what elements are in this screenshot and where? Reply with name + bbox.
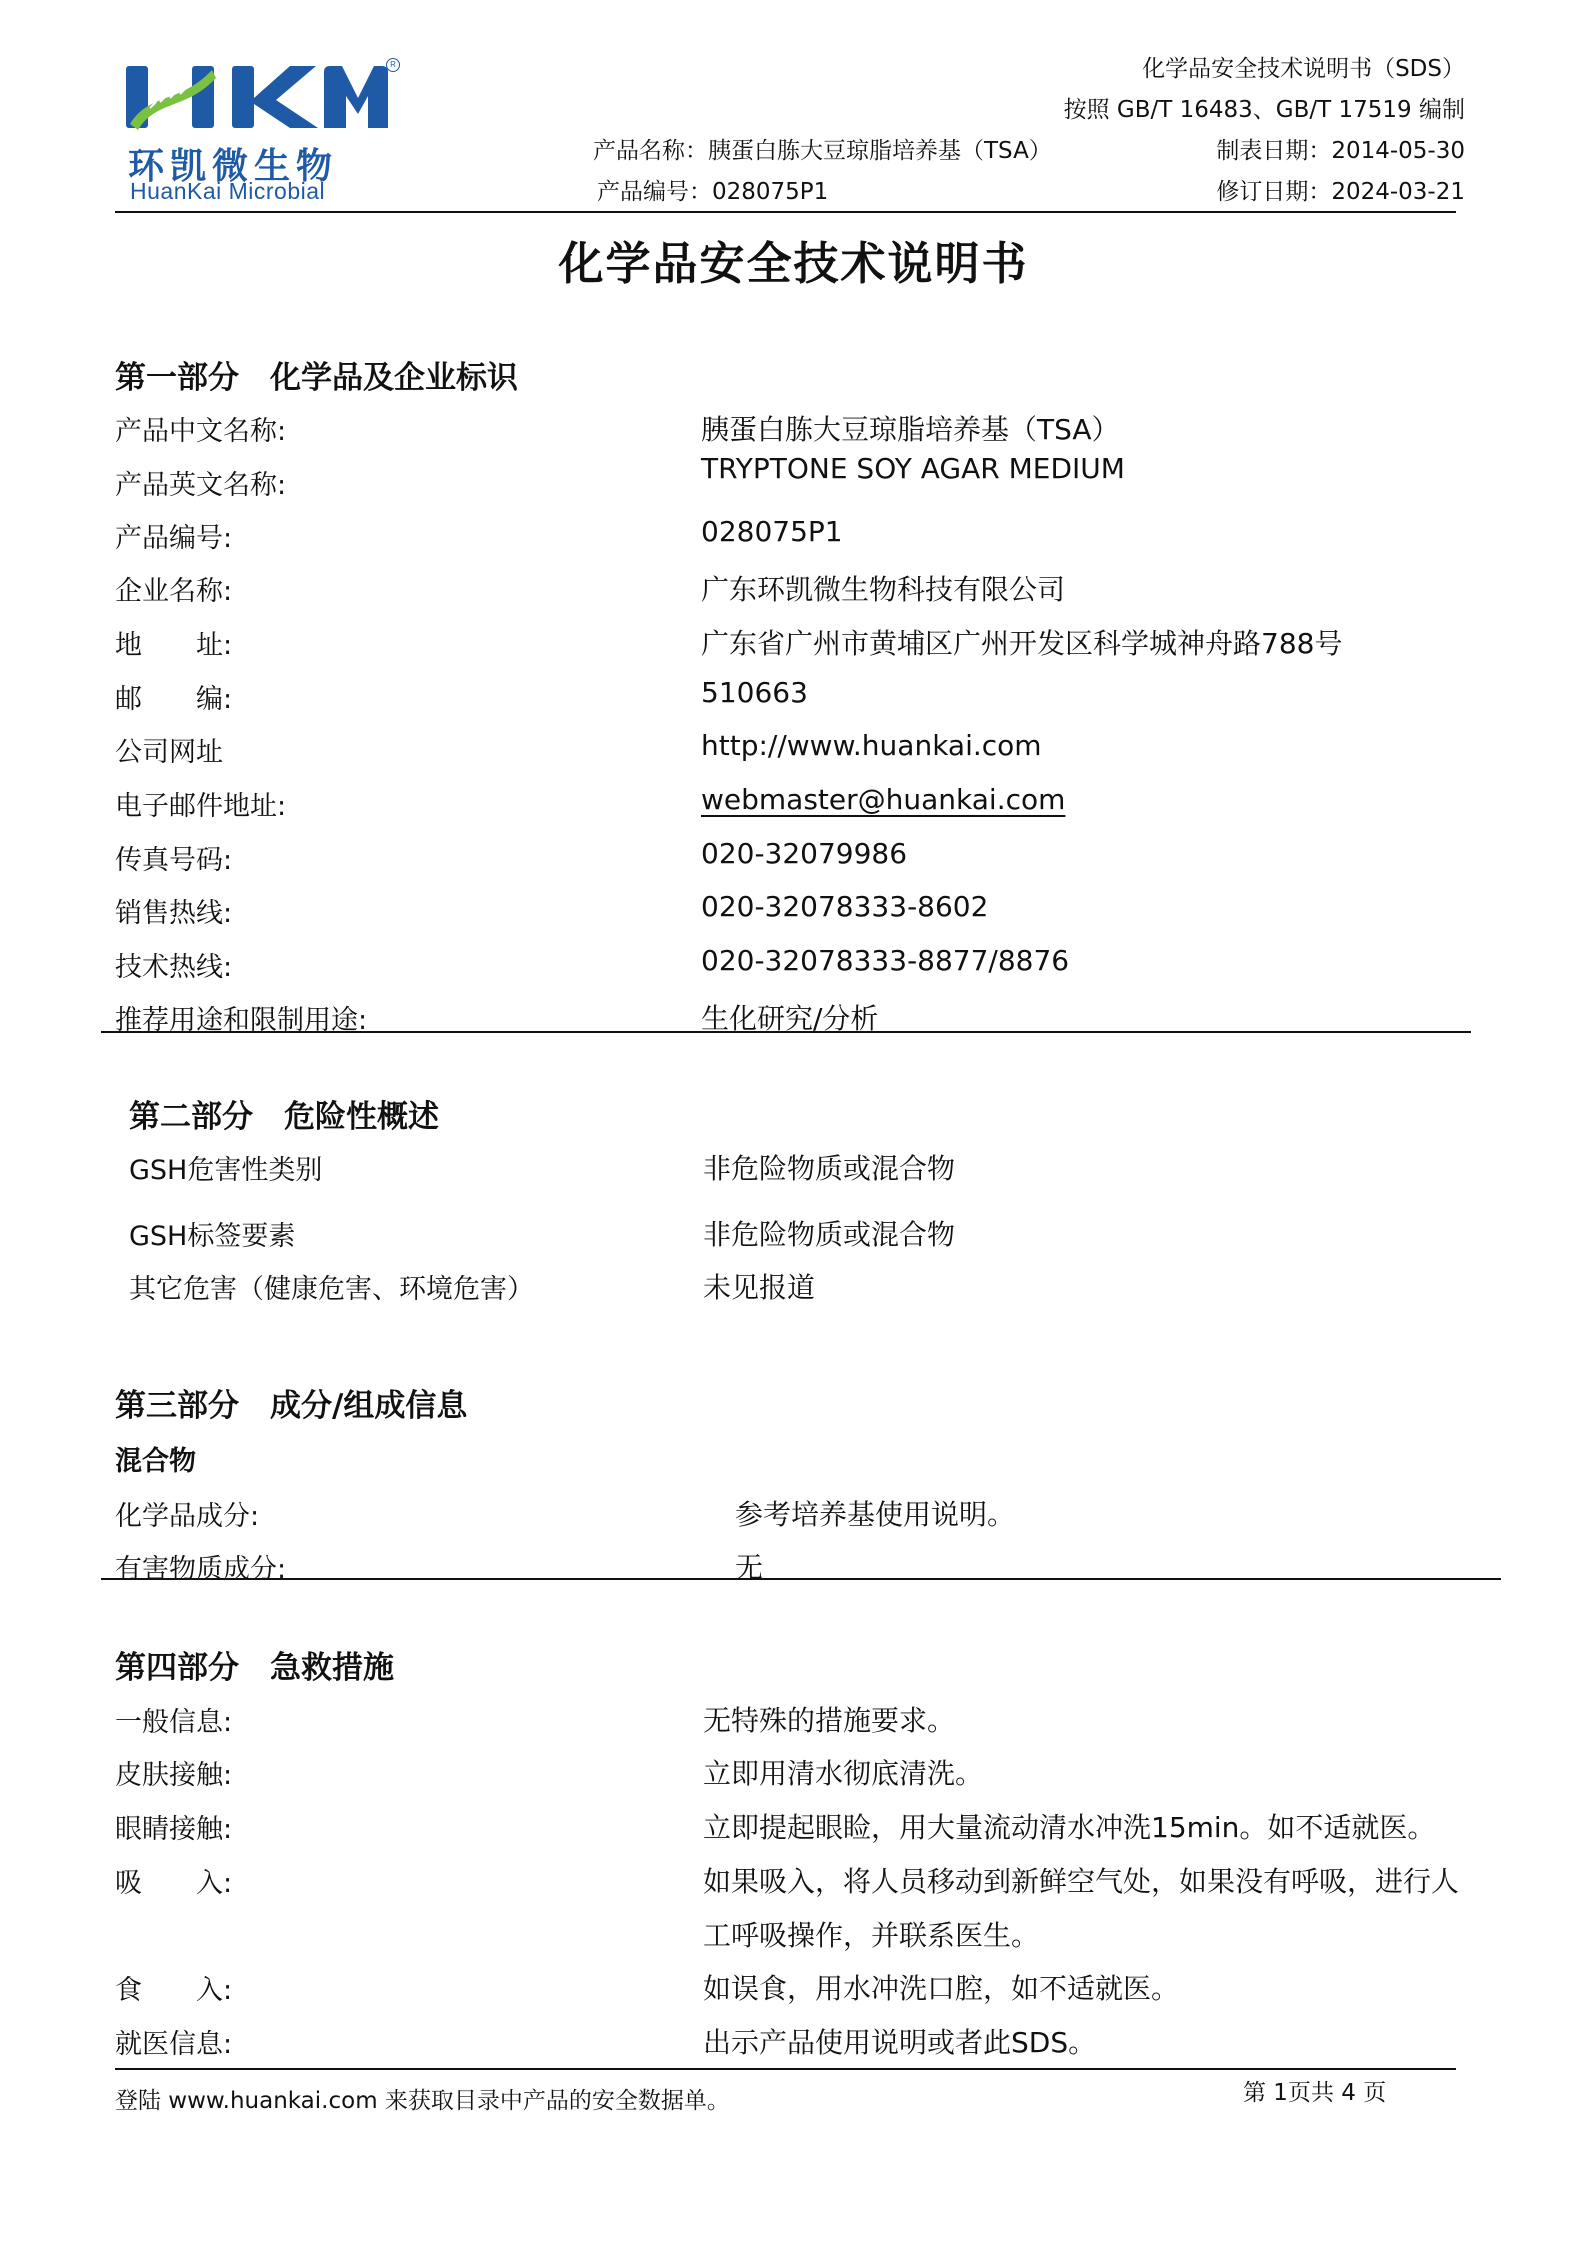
field-value-gsh-category: 非危险物质或混合物 [703, 1147, 955, 1187]
header-product-code: 产品编号：028075P1 [597, 173, 828, 206]
field-label: 产品英文名称: [115, 463, 286, 502]
field-label: 其它危害（健康危害、环境危害） [129, 1267, 534, 1306]
field-label: 眼睛接触: [115, 1807, 232, 1846]
field-value-hazardous-components: 无 [735, 1546, 763, 1586]
footer-note: 登陆 www.huankai.com 来获取目录中产品的安全数据单。 [115, 2082, 730, 2115]
field-value-inhalation-cont: 工呼吸操作，并联系医生。 [703, 1914, 1039, 1954]
field-value-fax: 020-32079986 [701, 837, 907, 870]
header-divider [115, 211, 1456, 213]
field-label: 销售热线: [115, 891, 232, 930]
field-label: 技术热线: [115, 945, 232, 984]
field-value-postcode: 510663 [701, 676, 808, 709]
field-value-general-info: 无特殊的措施要求。 [703, 1699, 955, 1739]
field-value-sales-hotline: 020-32078333-8602 [701, 890, 988, 923]
section-1-divider [101, 1031, 1471, 1033]
header-product-name: 产品名称：胰蛋白胨大豆琼脂培养基（TSA） [593, 132, 1052, 165]
field-label: 一般信息: [115, 1700, 232, 1739]
field-label: 地 址: [115, 623, 232, 662]
section-4-title: 第四部分 急救措施 [115, 1642, 394, 1687]
section-3-divider [101, 1578, 1501, 1580]
field-value-ingestion: 如误食，用水冲洗口腔，如不适就医。 [703, 1967, 1179, 2007]
header-revised-date: 修订日期：2024-03-21 [1216, 173, 1465, 206]
field-value-chemical-components: 参考培养基使用说明。 [735, 1493, 1015, 1533]
header-doc-type: 化学品安全技术说明书（SDS） [1142, 50, 1465, 83]
field-label: 电子邮件地址: [115, 784, 286, 823]
registered-mark: R [386, 58, 400, 72]
field-value-product-code: 028075P1 [701, 515, 843, 548]
section-2-title: 第二部分 危险性概述 [129, 1091, 439, 1136]
field-value-product-name-en: TRYPTONE SOY AGAR MEDIUM [701, 452, 1125, 485]
section-1-title: 第一部分 化学品及企业标识 [115, 352, 518, 397]
field-label: 邮 编: [115, 677, 232, 716]
field-value-inhalation: 如果吸入，将人员移动到新鲜空气处，如果没有呼吸，进行人 [703, 1860, 1459, 1900]
field-label: GSH标签要素 [129, 1214, 295, 1253]
section-3-subtitle: 混合物 [115, 1439, 196, 1478]
field-value-address: 广东省广州市黄埔区广州开发区科学城神舟路788号 [701, 622, 1342, 662]
document-title: 化学品安全技术说明书 [0, 227, 1587, 292]
field-value-eye-contact: 立即提起眼睑，用大量流动清水冲洗15min。如不适就医。 [703, 1806, 1435, 1846]
header-standard: 按照 GB/T 16483、GB/T 17519 编制 [1064, 91, 1465, 124]
hkm-logo-mark-icon [120, 52, 390, 136]
field-label: 有害物质成分: [115, 1547, 286, 1586]
section-3-title: 第三部分 成分/组成信息 [115, 1380, 467, 1425]
field-label: 产品中文名称: [115, 409, 286, 448]
field-label: 皮肤接触: [115, 1753, 232, 1792]
field-label: 企业名称: [115, 569, 232, 608]
field-label: 就医信息: [115, 2022, 232, 2061]
field-label: 产品编号: [115, 516, 232, 555]
field-label: 吸 入: [115, 1861, 232, 1900]
email-link[interactable]: webmaster@huankai.com [701, 783, 1065, 816]
website-link[interactable]: http://www.huankai.com [701, 729, 1042, 762]
field-label: 化学品成分: [115, 1494, 259, 1533]
field-value-medical-info: 出示产品使用说明或者此SDS。 [703, 2021, 1096, 2061]
field-value-company-name: 广东环凯微生物科技有限公司 [701, 568, 1065, 608]
footer-divider [115, 2068, 1456, 2070]
field-label: GSH危害性类别 [129, 1148, 322, 1187]
field-value-product-name-cn: 胰蛋白胨大豆琼脂培养基（TSA） [701, 408, 1120, 448]
company-logo: R 环凯微生物 HuanKai Microbial [120, 52, 400, 202]
header-created-date: 制表日期：2014-05-30 [1216, 132, 1465, 165]
page-number: 第 1页共 4 页 [1243, 2074, 1386, 2107]
field-value-skin-contact: 立即用清水彻底清洗。 [703, 1752, 983, 1792]
field-label: 食 入: [115, 1968, 232, 2007]
field-value-tech-hotline: 020-32078333-8877/8876 [701, 944, 1069, 977]
field-value-gsh-label: 非危险物质或混合物 [703, 1213, 955, 1253]
field-label: 公司网址 [115, 730, 223, 769]
field-value-other-hazards: 未见报道 [703, 1266, 815, 1306]
field-label: 传真号码: [115, 838, 232, 877]
logo-company-name-en: HuanKai Microbial [130, 178, 325, 205]
